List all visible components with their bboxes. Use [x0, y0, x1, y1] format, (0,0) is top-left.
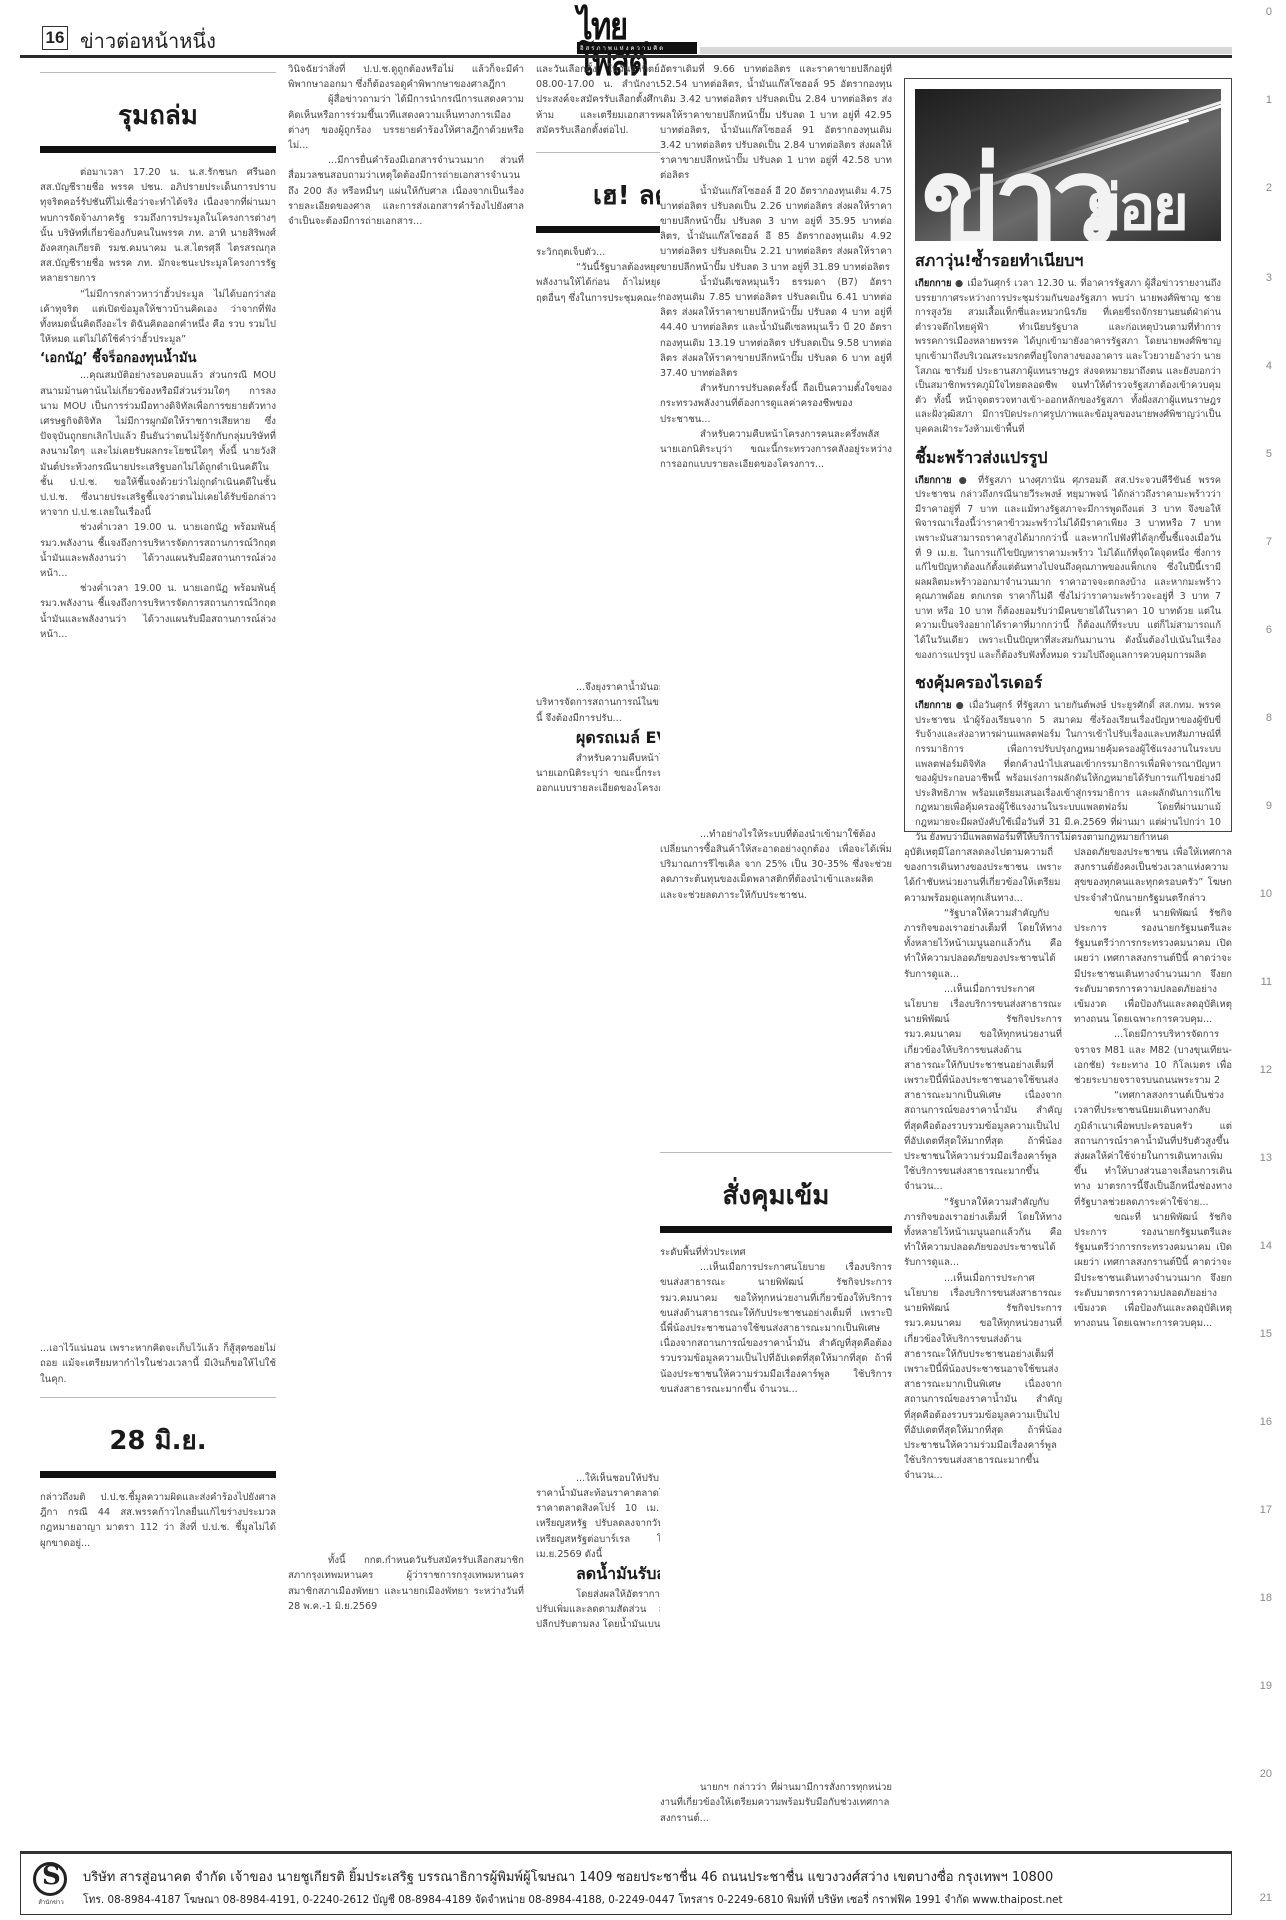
paragraph: ขณะที่ นายพิพัฒน์ รัชกิจประการ รองนายกรั… — [1074, 1210, 1232, 1332]
ruler-mark: 10 — [1260, 888, 1272, 900]
paragraph: นายกฯ กล่าวว่า ที่ผ่านมามีการสั่งการทุกห… — [660, 1780, 892, 1826]
paragraph: ...โดยมีการบริหารจัดการจราจร M81 และ M82… — [1074, 1027, 1232, 1088]
ruler-mark: 14 — [1260, 1240, 1272, 1252]
article-section-sangkhumkhem: สั่งคุมเข้ม ระดับพื้นที่ทั่วประเทศ ...เห… — [660, 1152, 892, 1847]
ruler-mark: 15 — [1260, 1328, 1272, 1340]
ruler-mark: 16 — [1260, 1416, 1272, 1428]
publisher-seal: สำนักข่าว — [33, 1862, 69, 1906]
paragraph: “ไม่มีการกล่าวหาว่าฮั้วประมูล ไม่ได้บอกว… — [40, 287, 276, 348]
ruler-mark: 20 — [1260, 1768, 1272, 1780]
ruler-mark: 9 — [1266, 800, 1272, 812]
paragraph: ช่วงค่ำเวลา 19.00 น. นายเอกนัฏ พร้อมพันธ… — [40, 520, 276, 581]
article-column-2: วินิจฉัยว่าสิ่งที่ ป.ป.ช.ดูถูกต้องหรือไม… — [288, 62, 524, 1847]
article-column-1: รุมถล่ม ต่อมาเวลา 17.20 น. น.ส.รักชนก ศร… — [40, 72, 276, 1847]
brief-text: เมื่อวันศุกร์ เวลา 12.30 น. ที่อาคารรัฐส… — [915, 278, 1221, 435]
paragraph: ต่อมาเวลา 17.20 น. น.ส.รักชนก ศรีนอก สส.… — [40, 165, 276, 287]
header-divider — [20, 55, 1232, 58]
section-heading-date: 28 มิ.ย. — [40, 1412, 276, 1471]
imprint-line-2: โทร. 08-8984-4187 โฆษณา 08-8984-4191, 0-… — [83, 1890, 1063, 1908]
ruler-mark: 0 — [1266, 6, 1272, 18]
section-heading-sangkhumkhem: สั่งคุมเข้ม — [660, 1167, 892, 1226]
imprint-line-1: บริษัท สารสู่อนาคต จำกัด เจ้าของ นายชูเก… — [83, 1866, 1053, 1887]
brief-text: เมื่อวันศุกร์ ที่รัฐสภา นายกันต์พงษ์ ประ… — [915, 700, 1221, 842]
paragraph: ...คุณสมบัติอย่างรอบคอบแล้ว ส่วนกรณี MOU… — [40, 368, 276, 520]
newspaper-logo: ไทยโพสต์ อิสรภาพแห่งความคิด — [577, 8, 697, 54]
brief-item: ชงคุ้มครองไรเดอร์ เกียกกาย ● เมื่อวันศุก… — [915, 671, 1221, 845]
news-brief-banner: ข่าว ย่อย — [915, 89, 1221, 241]
ruler-mark: 17 — [1260, 1504, 1272, 1516]
paragraph: น้ำมันดีเซลหมุนเร็ว ธรรมดา (B7) อัตรากอง… — [660, 275, 892, 381]
divider — [660, 1152, 892, 1153]
paragraph: ผู้สื่อข่าวถามว่า ได้มีการนำกรณีการแสดงค… — [288, 92, 524, 153]
paragraph: น้ำมันแก๊สโซฮอล์ อี 20 อัตรากองทุนเดิม 4… — [660, 184, 892, 275]
heading-bar — [40, 146, 276, 153]
paragraph: วินิจฉัยว่าสิ่งที่ ป.ป.ช.ดูถูกต้องหรือไม… — [288, 62, 524, 92]
heading-bar — [40, 1471, 276, 1478]
paragraph: ขณะที่ นายพิพัฒน์ รัชกิจประการ รองนายกรั… — [1074, 906, 1232, 1028]
logo-tagline: อิสรภาพแห่งความคิด — [577, 42, 697, 54]
brief-item: สภาวุ่น!ซ้ำรอยทำเนียบฯ เกียกกาย ● เมื่อว… — [915, 249, 1221, 438]
heading-bar — [660, 1226, 892, 1233]
paragraph: ระดับพื้นที่ทั่วประเทศ — [660, 1245, 892, 1260]
paragraph: กล่าวถึงมติ ป.ป.ช.ชี้มูลความผิดและส่งคำร… — [40, 1490, 276, 1551]
paragraph: ปลอดภัยของประชาชน เพื่อให้เทศกาลสงกรานต์… — [1074, 845, 1232, 906]
ruler-mark: 13 — [1260, 1152, 1272, 1164]
paragraph: “เทศกาลสงกรานต์เป็นช่วงเวลาที่ประชาชนนิย… — [1074, 1088, 1232, 1210]
paragraph: ช่วงค่ำเวลา 19.00 น. นายเอกนัฏ พร้อมพันธ… — [40, 581, 276, 1341]
page-number: 16 — [42, 26, 68, 50]
paragraph: สำหรับการปรับลดครั้งนี้ ถือเป็นความตั้งใ… — [660, 381, 892, 427]
page-ruler: 0 1 2 3 4 5 7 6 8 9 10 11 12 13 14 15 16… — [1246, 0, 1286, 1920]
divider — [40, 72, 276, 73]
paragraph: อัตราเดิมที่ 9.66 บาทต่อลิตร และราคาขายป… — [660, 62, 892, 184]
seal-label: สำนักข่าว — [33, 1897, 69, 1907]
ruler-mark: 11 — [1261, 976, 1272, 988]
brief-text: ที่รัฐสภา นางศุภานัน ศุภรอมดี สส.ประจวบค… — [915, 475, 1221, 661]
banner-text-yoi: ย่อย — [1085, 177, 1186, 239]
brief-title: ชงคุ้มครองไรเดอร์ — [915, 671, 1221, 696]
brief-category: เกียกกาย — [915, 475, 951, 486]
paragraph: ...เห็นเมื่อการประกาศนโยบาย เรื่องบริการ… — [660, 1260, 892, 1780]
subheading: ‘เอกนัฏ’ ชี้จร็อกองทุนน้ำมัน — [40, 347, 276, 368]
paragraph: สำหรับความคืบหน้าโครงการคนละครึ่งพลัส นา… — [660, 427, 892, 827]
brief-body: เกียกกาย ● เมื่อวันศุกร์ เวลา 12.30 น. ท… — [915, 277, 1221, 438]
section-heading-rumthalom: รุมถล่ม — [40, 87, 276, 146]
ruler-mark: 3 — [1266, 272, 1272, 284]
brief-title: สภาวุ่น!ซ้ำรอยทำเนียบฯ — [915, 249, 1221, 274]
paragraph: ...ทำอย่างไรให้ระบบที่ต้องนำเข้ามาใช้ต้อ… — [660, 827, 892, 903]
paragraph: ...เห็นเมื่อการประกาศนโยบาย เรื่องบริการ… — [904, 982, 1062, 1195]
brief-title: ชี้มะพร้าวส่งแปรรูป — [915, 446, 1221, 471]
paragraph: ทั้งนี้ กกต.กำหนดวันรับสมัครรับเลือกสมาช… — [288, 1553, 524, 1614]
ruler-mark: 18 — [1260, 1592, 1272, 1604]
brief-item: ชี้มะพร้าวส่งแปรรูป เกียกกาย ● ที่รัฐสภา… — [915, 446, 1221, 664]
seal-logo-icon — [33, 1862, 67, 1896]
ruler-mark: 7 — [1266, 536, 1272, 548]
brief-category: เกียกกาย — [915, 278, 951, 289]
ruler-mark: 8 — [1266, 712, 1272, 724]
article-column-4: อัตราเดิมที่ 9.66 บาทต่อลิตร และราคาขายป… — [660, 62, 892, 1147]
ruler-mark: 5 — [1266, 448, 1272, 460]
paragraph: ...เอาไว้แน่นอน เพราะหากคิดจะเก็บไว้แล้ว… — [40, 1341, 276, 1387]
paragraph: ...มีการยื่นคำร้องมีเอกสารจำนวนมาก ส่วนท… — [288, 153, 524, 1553]
ruler-mark: 19 — [1260, 1680, 1272, 1692]
ruler-mark: 2 — [1266, 182, 1272, 194]
article-column-5: อุบัติเหตุมีโอกาสลดลงไปตามความถี่ของการเ… — [904, 845, 1062, 1845]
banner-text-khao: ข่าว — [921, 141, 1110, 241]
ruler-mark: 21 — [1260, 1892, 1272, 1904]
paragraph: อุบัติเหตุมีโอกาสลดลงไปตามความถี่ของการเ… — [904, 845, 1062, 906]
brief-body: เกียกกาย ● ที่รัฐสภา นางศุภานัน ศุภรอมดี… — [915, 474, 1221, 664]
article-column-6: ปลอดภัยของประชาชน เพื่อให้เทศกาลสงกรานต์… — [1074, 845, 1232, 1845]
ruler-mark: 6 — [1266, 624, 1272, 636]
brief-category: เกียกกาย — [915, 700, 951, 711]
brief-body: เกียกกาย ● เมื่อวันศุกร์ ที่รัฐสภา นายกั… — [915, 699, 1221, 845]
ruler-mark: 4 — [1266, 360, 1272, 372]
section-title: ข่าวต่อหน้าหนึ่ง — [80, 25, 216, 57]
divider — [40, 1397, 276, 1398]
paragraph: “รัฐบาลให้ความสำคัญกับภารกิจของเราอย่างเ… — [904, 1195, 1062, 1271]
paragraph: ...เห็นเมื่อการประกาศนโยบาย เรื่องบริการ… — [904, 1271, 1062, 1484]
news-brief-box: ข่าว ย่อย สภาวุ่น!ซ้ำรอยทำเนียบฯ เกียกกา… — [904, 78, 1232, 832]
header-divider-light — [700, 47, 1232, 54]
publisher-imprint: สำนักข่าว บริษัท สารสู่อนาคต จำกัด เจ้าข… — [20, 1851, 1232, 1915]
ruler-mark: 1 — [1266, 94, 1272, 106]
paragraph: “รัฐบาลให้ความสำคัญกับภารกิจของเราอย่างเ… — [904, 906, 1062, 982]
ruler-mark: 12 — [1260, 1064, 1272, 1076]
